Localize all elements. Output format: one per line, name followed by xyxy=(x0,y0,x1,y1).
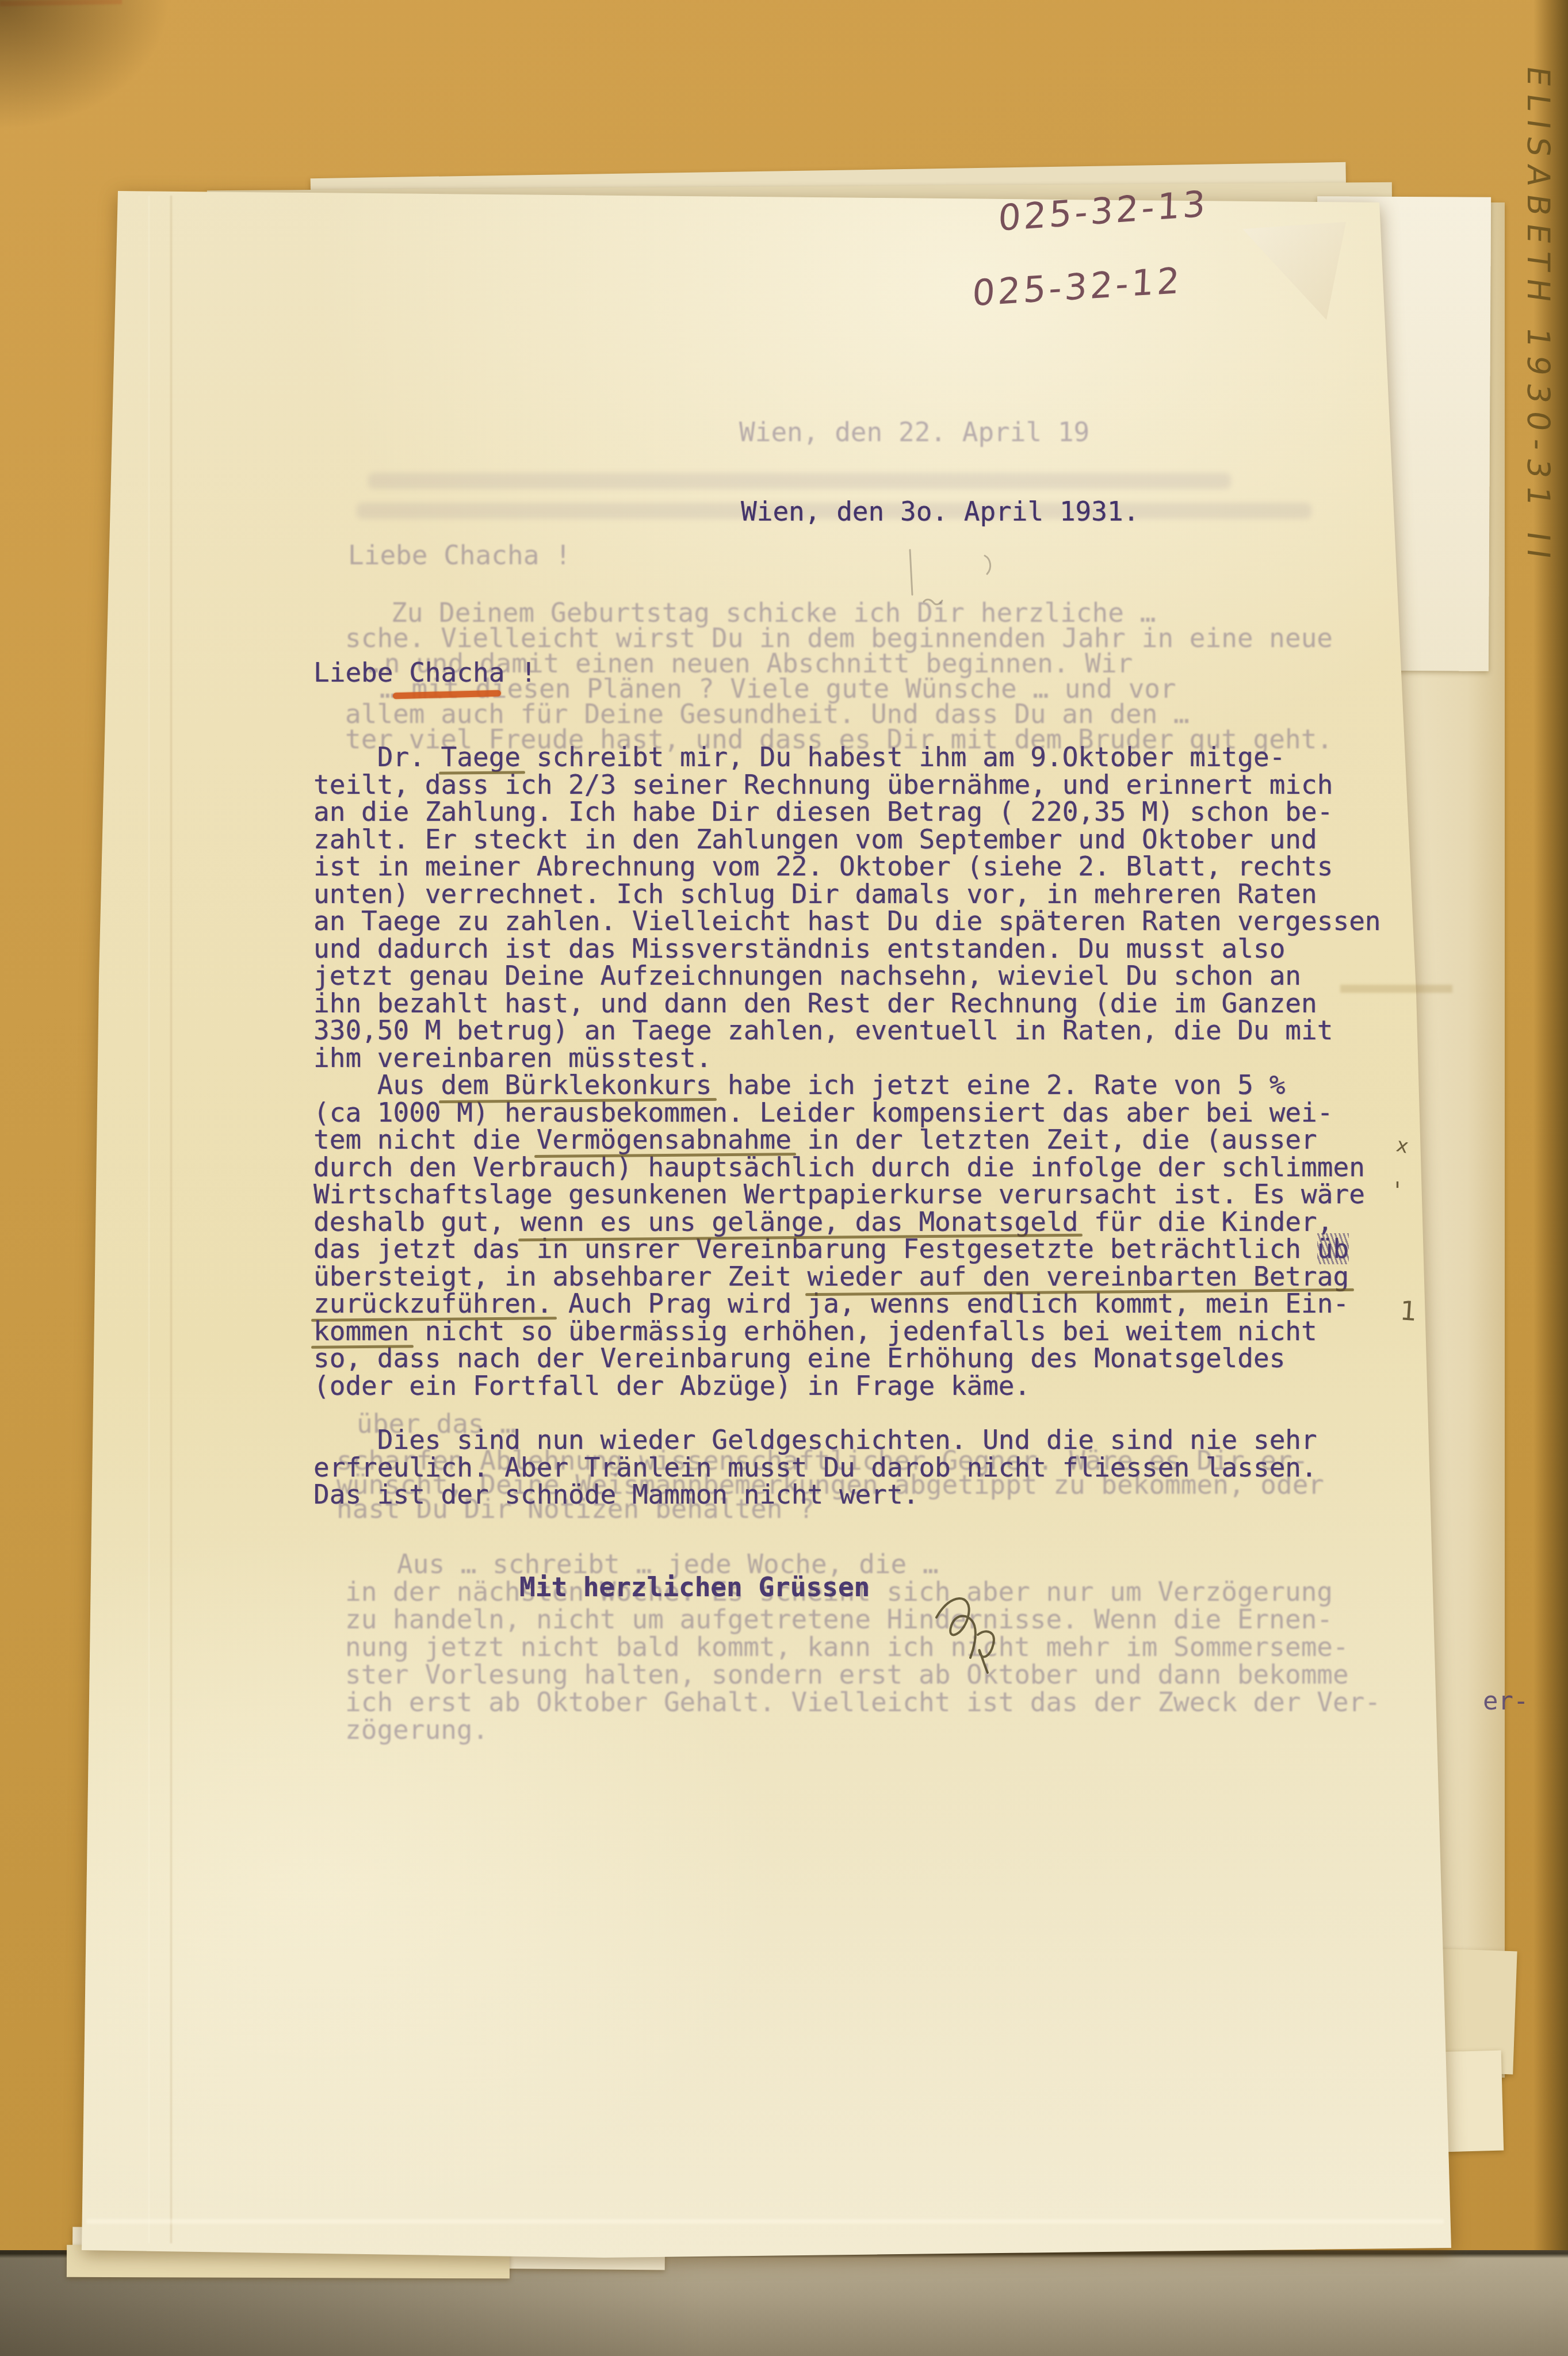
salutation: Liebe Chacha ! xyxy=(313,659,537,687)
ghost-line: nung jetzt nicht bald kommt, kann ich ni… xyxy=(345,1634,1349,1661)
date-line: Wien, den 3o. April 1931. xyxy=(741,498,1139,526)
ghost-line: ich erst ab Oktober Gehalt. Vielleicht i… xyxy=(345,1689,1380,1716)
body-paragraph-3: Dies sind nun wieder Geldgeschichten. Un… xyxy=(313,1426,1317,1509)
margin-pen-numeral: 1 xyxy=(1399,1295,1418,1327)
margin-pen-tick: ' xyxy=(1394,1178,1401,1204)
ghost-line: zu handeln, nicht um aufgetretene Hinder… xyxy=(345,1606,1333,1634)
photo-of-letter: ELISABETH 1930-31 II Wien, den 22. April… xyxy=(0,0,1568,2356)
closing-line: Mit herzlichen Grüssen xyxy=(519,1574,870,1601)
ghost-line: ster Vorlesung halten, sondern erst ab O… xyxy=(345,1661,1349,1689)
ghost-dateline: Wien, den 22. April 19 xyxy=(739,419,1089,446)
peeking-sheet-text-fragment: er- xyxy=(1483,1686,1528,1716)
body-paragraph-1: Dr. Taege schreibt mir, Du habest ihm am… xyxy=(313,744,1381,1072)
ghost-salutation: Liebe Chacha ! xyxy=(348,542,571,569)
ghost-line: zögerung. xyxy=(345,1716,488,1744)
body-paragraph-2: Aus dem Bürklekonkurs habe ich jetzt ein… xyxy=(313,1072,1365,1399)
bleed-through-smudge xyxy=(368,473,1231,489)
